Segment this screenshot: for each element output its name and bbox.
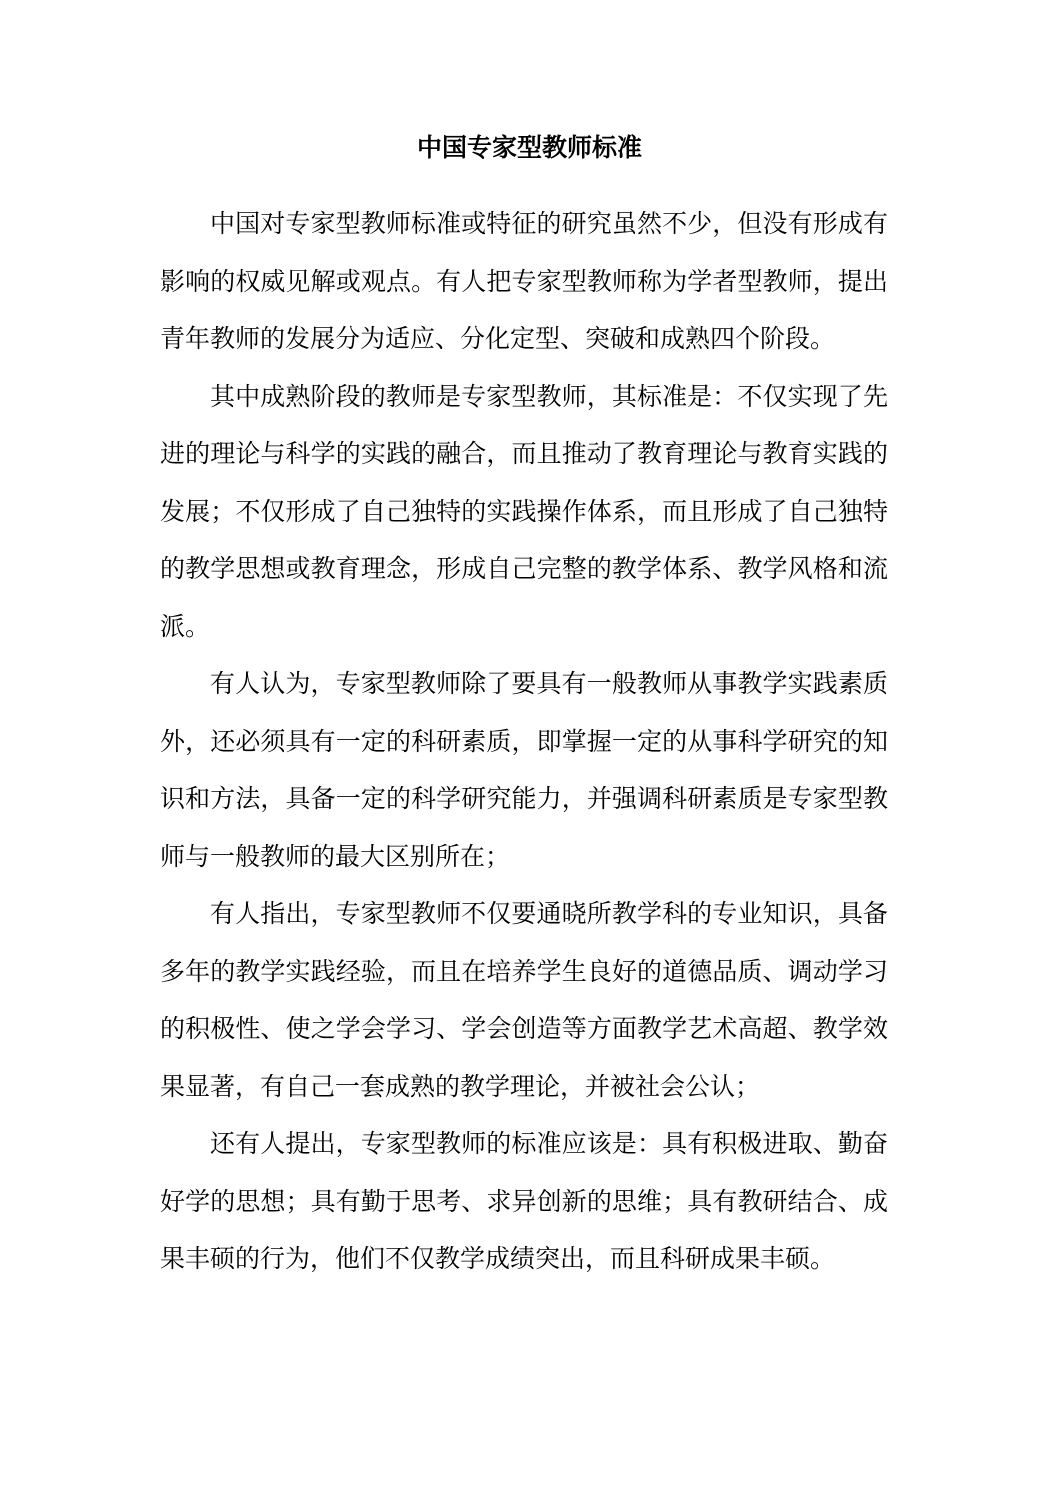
paragraph: 中国对专家型教师标准或特征的研究虽然不少，但没有形成有影响的权威见解或观点。有人… xyxy=(160,195,888,368)
paragraph: 还有人提出，专家型教师的标准应该是：具有积极进取、勤奋好学的思想；具有勤于思考、… xyxy=(160,1115,888,1288)
document-page: 中国专家型教师标准 中国对专家型教师标准或特征的研究虽然不少，但没有形成有影响的… xyxy=(0,0,1059,1497)
document-title: 中国专家型教师标准 xyxy=(0,0,1059,166)
document-body: 中国对专家型教师标准或特征的研究虽然不少，但没有形成有影响的权威见解或观点。有人… xyxy=(160,195,888,1288)
paragraph: 有人认为，专家型教师除了要具有一般教师从事教学实践素质外，还必须具有一定的科研素… xyxy=(160,655,888,885)
paragraph: 其中成熟阶段的教师是专家型教师，其标准是：不仅实现了先进的理论与科学的实践的融合… xyxy=(160,368,888,656)
paragraph: 有人指出，专家型教师不仅要通晓所教学科的专业知识，具备多年的教学实践经验，而且在… xyxy=(160,885,888,1115)
